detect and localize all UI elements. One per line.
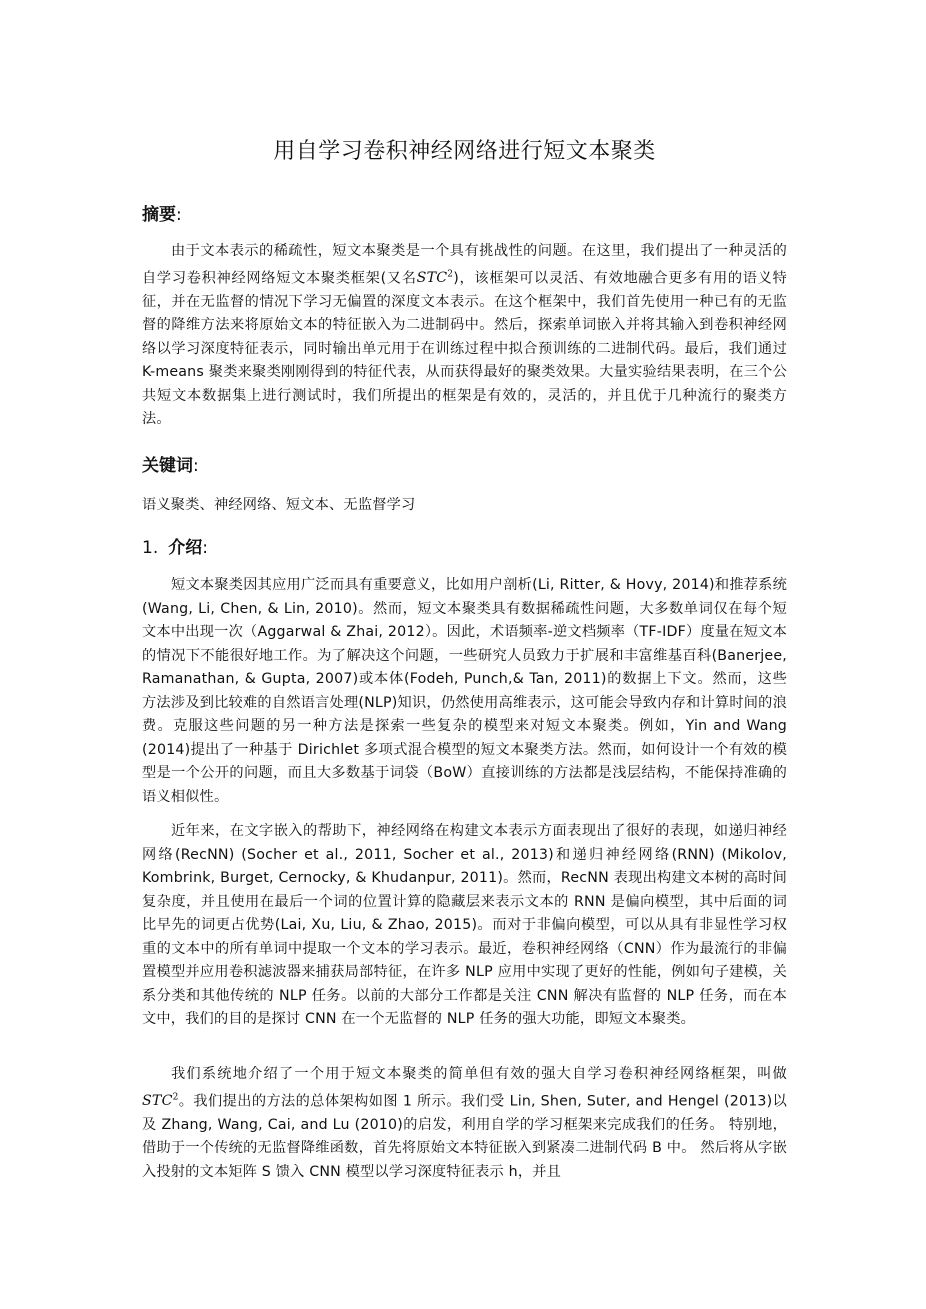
keywords-heading: 关键词: xyxy=(142,454,199,478)
abstract-text: 由于文本表示的稀疏性，短文本聚类是一个具有挑战性的问题。在这里，我们提出了一种灵… xyxy=(142,240,787,432)
keywords-heading-label: 关键词 xyxy=(142,456,193,476)
section1-paragraph-3: 我们系统地介绍了一个用于短文本聚类的简单但有效的强大自学习卷积神经网络框架，叫做… xyxy=(142,1063,787,1184)
abstract-heading-colon: : xyxy=(176,205,182,225)
stc-label: STC xyxy=(142,1093,173,1109)
section1-paragraph-1: 短文本聚类因其应用广泛而具有重要意义，比如用户剖析(Li, Ritter, & … xyxy=(142,574,787,809)
section1-paragraph-3-part1: 我们系统地介绍了一个用于短文本聚类的简单但有效的强大自学习卷积神经网络框架，叫做 xyxy=(171,1066,787,1082)
stc2-math: STC2 xyxy=(417,270,454,286)
paper-title: 用自学习卷积神经网络进行短文本聚类 xyxy=(142,138,787,166)
abstract-text-part2: )，该框架可以灵活、有效地融合更多有用的语义特征，并在无监督的情况下学习无偏置的… xyxy=(142,270,787,427)
abstract-heading: 摘要: xyxy=(142,203,182,227)
stc-label: STC xyxy=(417,270,448,286)
section1-heading-label: 介绍 xyxy=(168,538,202,558)
stc2-math: STC2 xyxy=(142,1093,179,1109)
keywords-heading-colon: : xyxy=(193,456,199,476)
keywords-text: 语义聚类、神经网络、短文本、无监督学习 xyxy=(142,494,787,518)
section1-number: 1. xyxy=(142,538,158,558)
section1-heading: 1.介绍: xyxy=(142,536,208,560)
abstract-heading-label: 摘要 xyxy=(142,205,176,225)
section1-heading-colon: : xyxy=(202,538,208,558)
section1-paragraph-3-part2: 。我们提出的方法的总体架构如图 1 所示。我们受 Lin, Shen, Sute… xyxy=(142,1093,787,1180)
section1-paragraph-2: 近年来，在文字嵌入的帮助下，神经网络在构建文本表示方面表现出了很好的表现，如递归… xyxy=(142,820,787,1032)
